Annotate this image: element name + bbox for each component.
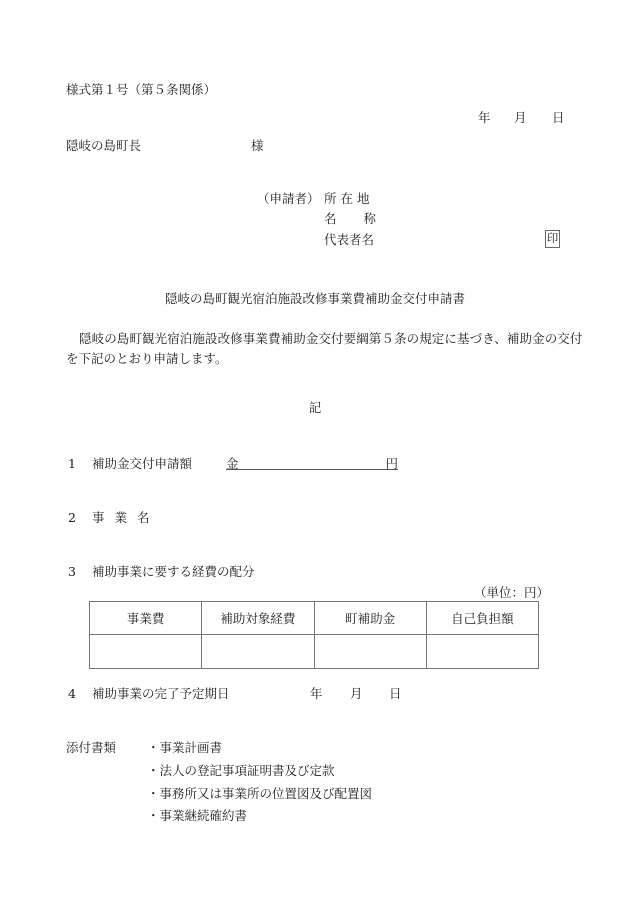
cell-town-subsidy[interactable] <box>314 635 426 669</box>
body-text-line-1: 隠岐の島町観光宿泊施設改修事業費補助金交付要綱第５条の規定に基づき、補助金の交付 <box>79 333 583 346</box>
header-self-burden: 自己負担額 <box>426 602 538 635</box>
completion-month-label: 月 <box>350 688 363 701</box>
amount-prefix: 金 <box>226 458 239 471</box>
header-town-subsidy: 町補助金 <box>314 602 426 635</box>
representative-label: 代表者名 <box>324 234 374 247</box>
item-1-label: 補助金交付申請額 <box>92 458 192 471</box>
attachment-item: ・事務所又は事業所の位置図及び配置図 <box>147 788 372 801</box>
attachments-label: 添付書類 <box>66 742 116 755</box>
table-header-row: 事業費 補助対象経費 町補助金 自己負担額 <box>90 602 539 635</box>
amount-suffix: 円 <box>385 458 398 471</box>
table-row <box>90 635 539 669</box>
attachment-item: ・事業計画書 <box>147 742 222 755</box>
item-2-label: 事業名 <box>92 512 160 525</box>
date-day-label: 日 <box>552 112 565 125</box>
form-number: 様式第１号（第５条関係） <box>66 84 216 97</box>
applicant-label: （申請者） <box>257 193 320 206</box>
completion-year-label: 年 <box>310 688 323 701</box>
cell-self-burden[interactable] <box>426 635 538 669</box>
body-text-line-2: を下記のとおり申請します。 <box>66 353 228 366</box>
name-label: 名 称 <box>324 213 376 226</box>
name-label-part-1: 名 <box>324 211 337 226</box>
item-3-number: 3 <box>68 566 76 579</box>
item-3-label: 補助事業に要する経費の配分 <box>92 566 255 579</box>
addressee: 隠岐の島町長 <box>66 140 141 153</box>
cell-eligible-cost[interactable] <box>202 635 314 669</box>
header-eligible-cost: 補助対象経費 <box>202 602 314 635</box>
date-month-label: 月 <box>514 112 527 125</box>
honorific: 様 <box>251 140 264 153</box>
ki-heading: 記 <box>0 402 630 415</box>
item-2-number: 2 <box>68 512 76 525</box>
address-label: 所 在 地 <box>324 193 369 206</box>
item-4-label: 補助事業の完了予定期日 <box>92 688 230 701</box>
header-project-cost: 事業費 <box>90 602 202 635</box>
document-title: 隠岐の島町観光宿泊施設改修事業費補助金交付申請書 <box>0 293 630 306</box>
attachment-item: ・法人の登記事項証明書及び定款 <box>147 765 335 778</box>
item-4-number: 4 <box>68 688 76 701</box>
item-1-number: 1 <box>68 458 76 471</box>
completion-day-label: 日 <box>389 688 402 701</box>
name-label-part-2: 称 <box>363 213 376 226</box>
seal-stamp-box: 印 <box>545 230 560 248</box>
date-year-label: 年 <box>478 112 491 125</box>
cell-project-cost[interactable] <box>90 635 202 669</box>
unit-label: （単位：円） <box>474 587 549 600</box>
budget-allocation-table: 事業費 補助対象経費 町補助金 自己負担額 <box>89 601 539 669</box>
attachment-item: ・事業継続確約書 <box>147 810 247 823</box>
subsidy-amount-field[interactable]: 金 円 <box>226 455 398 470</box>
